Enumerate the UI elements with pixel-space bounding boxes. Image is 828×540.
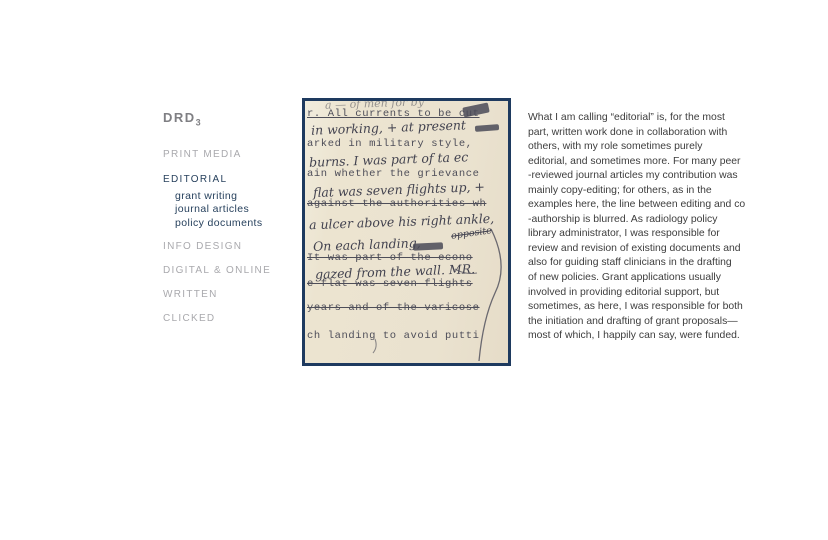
sidebar-item-clicked[interactable]: CLICKED [163,313,215,324]
manuscript-line: against the authorities wh [307,198,486,210]
manuscript-photo[interactable]: a — of men for by r. All currents to be … [302,98,511,366]
site-logo[interactable]: DRD3 [163,110,202,128]
site-logo-text: DRD [163,110,196,125]
manuscript-line: years and of the varicose [307,302,480,314]
about-text-line: -reviewed journal articles my contributi… [528,169,742,184]
sidebar-subitem-grant-writing[interactable]: grant writing [175,190,237,202]
sidebar-item-written[interactable]: WRITTEN [163,289,218,300]
sidebar-item-info-design[interactable]: INFO DESIGN [163,241,242,252]
about-text-line: most of which, I happily can say, were f… [528,329,742,344]
manuscript-line: ch landing to avoid putti [307,330,480,342]
manuscript-line: burns. I was part of ta ec [309,149,469,170]
sidebar-item-digital-online[interactable]: DIGITAL & ONLINE [163,265,271,276]
sidebar-item-editorial[interactable]: EDITORIAL [163,174,227,185]
ink-scribble [413,242,443,251]
manuscript-line: e flat was seven flights [307,278,473,290]
about-text-line: examples here, the line between editing … [528,198,742,213]
sidebar-subitem-policy-documents[interactable]: policy documents [175,217,263,229]
about-text-line: involved in providing editorial support,… [528,286,742,301]
manuscript-line: opposite [450,225,492,242]
about-text-line: -authorship is blurred. As radiology pol… [528,213,742,228]
about-text-line: library administrator, I was responsible… [528,227,742,242]
about-text-line: mainly copy-editing; for others, as in t… [528,184,742,199]
about-text-line: of new policies. Grant applications usua… [528,271,742,286]
portfolio-page: { "colors": { "accent_navy": "#1e3a5f", … [0,0,828,540]
site-logo-subscript: 3 [196,118,203,128]
manuscript-line: ain whether the grievance [307,168,480,180]
sidebar-subitem-journal-articles[interactable]: journal articles [175,203,249,215]
sidebar-item-print-media[interactable]: PRINT MEDIA [163,149,242,160]
ink-scribble [475,124,499,132]
about-text-line: review and revision of existing document… [528,242,742,257]
about-text-line: What I am calling “editorial” is, for th… [528,111,742,126]
about-text-line: sometimes, as here, I was responsible fo… [528,300,742,315]
about-text-line: also for guiding staff clinicians in the… [528,256,742,271]
manuscript-line: in working, + at present [311,117,466,137]
about-text-line: part, written work done in collaboration… [528,126,742,141]
about-text: What I am calling “editorial” is, for th… [528,111,742,344]
about-text-line: editorial, and sometimes more. For many … [528,155,742,170]
about-text-line: the initiation and drafting of grant pro… [528,315,742,330]
about-text-line: others, with my role sometimes purely [528,140,742,155]
manuscript-line: arked in military style, [307,138,473,150]
manuscript-line: flat was seven flights up, + [313,179,485,200]
